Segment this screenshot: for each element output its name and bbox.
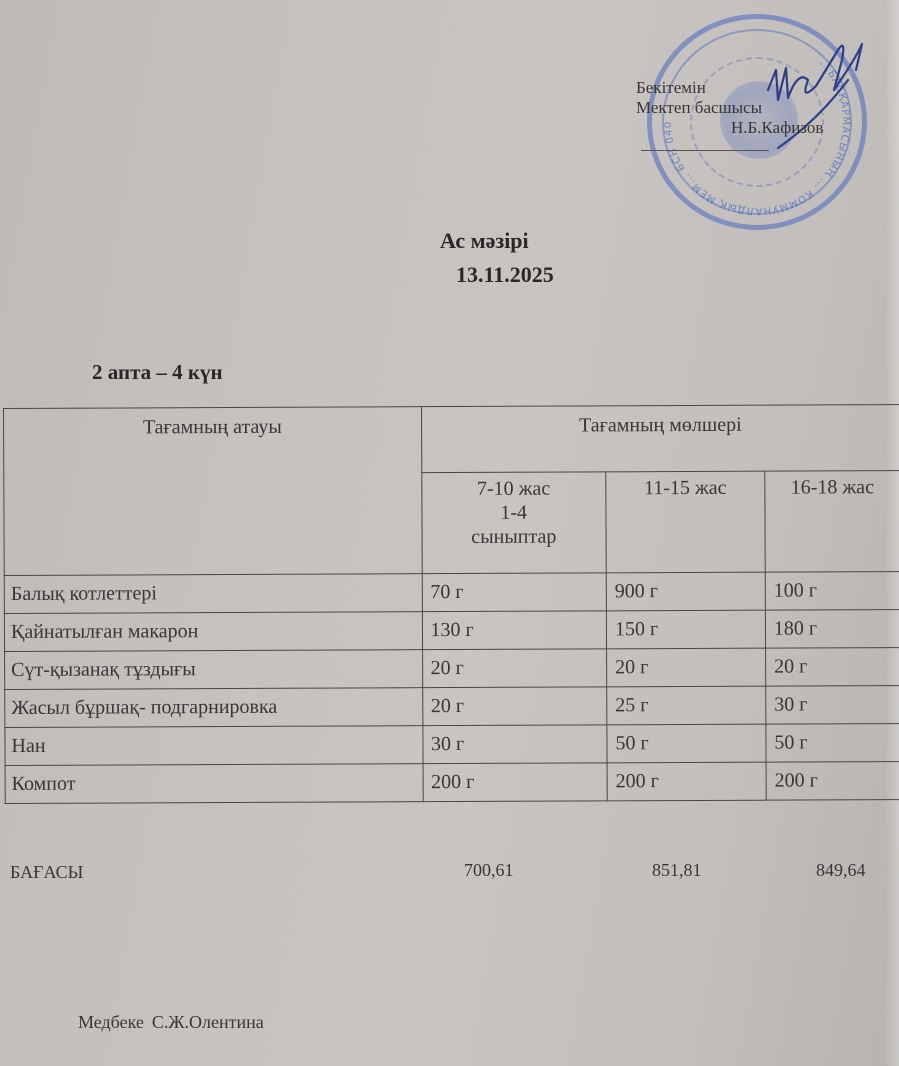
table-row: Компот200 г200 г200 г [5,762,899,804]
header-age-16-18: 16-18 жас [765,471,899,572]
dish-name-cell: Сүт-қызанақ тұздығы [5,650,423,690]
amount-cell: 30 г [422,725,607,764]
header-dish-name: Тағамның атауы [4,407,422,576]
table-row: Сүт-қызанақ тұздығы20 г20 г20 г [5,648,899,690]
signature-line [641,150,769,151]
document-title: Ас мәзірі [440,228,529,254]
dish-name-cell: Балық котлеттері [4,574,422,614]
amount-cell: 20 г [422,687,607,726]
amount-cell: 150 г [606,610,765,649]
dish-name-cell: Қайнатылған макарон [4,612,422,652]
approval-line2: Мектеп басшысы [636,98,823,118]
nurse-role: Медбеке [78,1012,144,1032]
header-age-7-10: 7-10 жас 1-4 сыныптар [421,472,606,574]
menu-table: Тағамның атауы Тағамның мөлшері 7-10 жас… [3,404,899,804]
amount-cell: 20 г [607,648,766,687]
amount-cell: 25 г [607,686,766,725]
nurse-signature: МедбекеС.Ж.Олентина [78,1012,264,1033]
amount-cell: 30 г [766,686,899,725]
amount-cell: 70 г [422,573,607,612]
price-7-10: 700,61 [464,860,514,881]
table-row: Нан30 г50 г50 г [5,724,899,766]
amount-cell: 20 г [765,648,899,687]
amount-cell: 200 г [607,762,766,801]
amount-cell: 200 г [766,762,899,801]
amount-cell: 100 г [765,572,899,611]
week-day-label: 2 апта – 4 күн [92,360,223,385]
document-date: 13.11.2025 [456,262,554,288]
price-label: БАҒАСЫ [10,862,83,883]
amount-cell: 130 г [422,611,607,650]
approval-signatory: Н.Б.Кафизов [636,118,823,138]
approval-block: Бекітемін Мектеп басшысы Н.Б.Кафизов [636,78,823,138]
amount-cell: 200 г [423,763,608,802]
dish-name-cell: Компот [5,764,423,804]
amount-cell: 50 г [766,724,899,763]
table-row: Жасыл бұршақ- подгарнировка20 г25 г30 г [5,686,899,728]
approval-line1: Бекітемін [636,78,706,97]
header-amount: Тағамның мөлшері [421,405,899,473]
header-age-11-15: 11-15 жас [606,471,765,573]
dish-name-cell: Нан [5,726,423,766]
amount-cell: 900 г [606,572,765,611]
dish-name-cell: Жасыл бұршақ- подгарнировка [5,688,423,728]
amount-cell: 180 г [765,610,899,649]
amount-cell: 50 г [607,724,766,763]
price-16-18: 849,64 [816,860,866,881]
price-11-15: 851,81 [652,860,702,881]
nurse-name: С.Ж.Олентина [152,1012,264,1032]
table-row: Балық котлеттері70 г900 г100 г [4,572,899,614]
amount-cell: 20 г [422,649,607,688]
table-row: Қайнатылған макарон130 г150 г180 г [4,610,899,652]
